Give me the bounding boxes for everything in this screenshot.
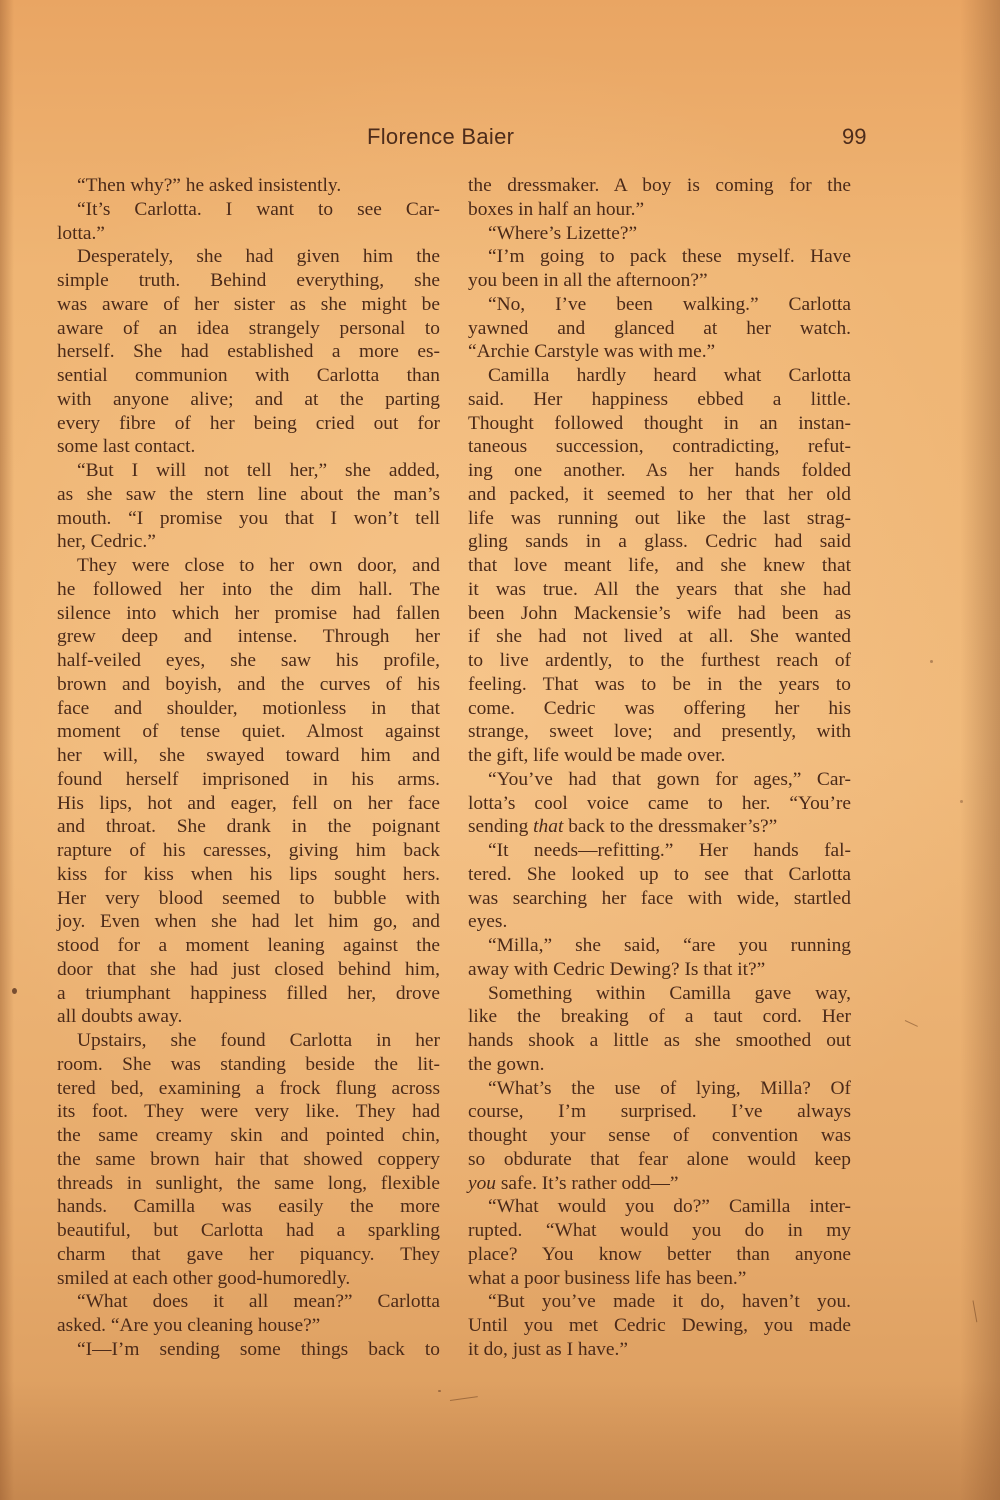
text-line: place? You know better than anyone — [468, 1243, 851, 1267]
text-line: sending that back to the dressmaker’s?” — [468, 815, 851, 839]
text-line: and throat. She drank in the poignant — [57, 815, 440, 839]
text-line: Something within Camilla gave way, — [468, 982, 851, 1006]
text-line: you safe. It’s rather odd—” — [468, 1172, 851, 1196]
text-line: “No, I’ve been walking.” Carlotta — [468, 293, 851, 317]
text-line: “You’ve had that gown for ages,” Car- — [468, 768, 851, 792]
text-line: lotta.” — [57, 222, 440, 246]
text-line: if she had not lived at all. She wanted — [468, 625, 851, 649]
text-line: what a poor business life has been.” — [468, 1267, 851, 1291]
text-line: tered bed, examining a frock flung acros… — [57, 1077, 440, 1101]
page-edge-shadow-right — [960, 0, 1000, 1500]
text-line: rupted. “What would you do in my — [468, 1219, 851, 1243]
text-line: some last contact. — [57, 435, 440, 459]
text-line: joy. Even when she had let him go, and — [57, 910, 440, 934]
text-line: “It needs—refitting.” Her hands fal- — [468, 839, 851, 863]
text-line: “It’s Carlotta. I want to see Car- — [57, 198, 440, 222]
text-line: His lips, hot and eager, fell on her fac… — [57, 792, 440, 816]
text-line: door that she had just closed behind him… — [57, 958, 440, 982]
text-line: herself. She had established a more es- — [57, 340, 440, 364]
text-line: so obdurate that fear alone would keep — [468, 1148, 851, 1172]
page-edge-shadow-left — [0, 0, 14, 1500]
text-line: moment of tense quiet. Almost against — [57, 720, 440, 744]
text-line: brown and boyish, and the curves of his — [57, 673, 440, 697]
text-line: “I—I’m sending some things back to — [57, 1338, 440, 1362]
text-line: “What does it all mean?” Carlotta — [57, 1290, 440, 1314]
text-line: the gown. — [468, 1053, 851, 1077]
text-line: the same brown hair that showed coppery — [57, 1148, 440, 1172]
text-line: gling sands in a glass. Cedric had said — [468, 530, 851, 554]
text-line: grew deep and intense. Through her — [57, 625, 440, 649]
italic-emphasis: you — [468, 1173, 496, 1194]
text-line: her, Cedric.” — [57, 530, 440, 554]
text-line: said. Her happiness ebbed a little. — [468, 388, 851, 412]
page-number: 99 — [842, 124, 866, 150]
text-line: feeling. That was to be in the years to — [468, 673, 851, 697]
text-line: threads in sunlight, the same long, flex… — [57, 1172, 440, 1196]
text-line: “Where’s Lizette?” — [468, 222, 851, 246]
text-line: it do, just as I have.” — [468, 1338, 851, 1362]
text-line: aware of an idea strangely personal to — [57, 317, 440, 341]
text-line: sential communion with Carlotta than — [57, 364, 440, 388]
text-column-right: the dressmaker. A boy is coming for theb… — [468, 174, 851, 1362]
text-line: come. Cedric was offering her his — [468, 697, 851, 721]
text-line: rapture of his caresses, giving him back — [57, 839, 440, 863]
italic-emphasis: that — [533, 816, 563, 837]
text-line: lotta’s cool voice came to her. “You’re — [468, 792, 851, 816]
text-line: was searching her face with wide, startl… — [468, 887, 851, 911]
running-head: Florence Baier 99 — [0, 124, 1000, 154]
text-line: room. She was standing beside the lit- — [57, 1053, 440, 1077]
text-line: They were close to her own door, and — [57, 554, 440, 578]
text-line: thought your sense of convention was — [468, 1124, 851, 1148]
text-line: a triumphant happiness filled her, drove — [57, 982, 440, 1006]
paper-speck — [438, 1390, 441, 1392]
text-line: stood for a moment leaning against the — [57, 934, 440, 958]
page-edge-shadow-bottom — [0, 1380, 1000, 1500]
text-line: all doubts away. — [57, 1005, 440, 1029]
text-line: “But you’ve made it do, haven’t you. — [468, 1290, 851, 1314]
text-line: like the breaking of a taut cord. Her — [468, 1005, 851, 1029]
text-line: and packed, it seemed to her that her ol… — [468, 483, 851, 507]
text-line: Until you met Cedric Dewing, you made — [468, 1314, 851, 1338]
text-line: yawned and glanced at her watch. — [468, 317, 851, 341]
text-line: the same creamy skin and pointed chin, — [57, 1124, 440, 1148]
text-line: Thought followed thought in an instan- — [468, 412, 851, 436]
text-line: taneous succession, contradicting, refut… — [468, 435, 851, 459]
text-line: it was true. All the years that she had — [468, 578, 851, 602]
text-line: life was running out like the last strag… — [468, 507, 851, 531]
text-line: “Milla,” she said, “are you running — [468, 934, 851, 958]
text-line: “What would you do?” Camilla inter- — [468, 1195, 851, 1219]
text-line: its foot. They were very like. They had — [57, 1100, 440, 1124]
text-line: the gift, life would be made over. — [468, 744, 851, 768]
text-line: beautiful, but Carlotta had a sparkling — [57, 1219, 440, 1243]
text-line: course, I’m surprised. I’ve always — [468, 1100, 851, 1124]
text-column-left: “Then why?” he asked insistently.“It’s C… — [57, 174, 440, 1362]
text-line: found herself imprisoned in his arms. — [57, 768, 440, 792]
text-line: eyes. — [468, 910, 851, 934]
text-line: to live ardently, to the furthest reach … — [468, 649, 851, 673]
text-line: every fibre of her being cried out for — [57, 412, 440, 436]
text-line: “What’s the use of lying, Milla? Of — [468, 1077, 851, 1101]
text-line: Desperately, she had given him the — [57, 245, 440, 269]
text-line: asked. “Are you cleaning house?” — [57, 1314, 440, 1338]
text-line: face and shoulder, motionless in that — [57, 697, 440, 721]
text-line: as she saw the stern line about the man’… — [57, 483, 440, 507]
text-line: was aware of her sister as she might be — [57, 293, 440, 317]
paper-speck — [960, 800, 963, 803]
text-line: boxes in half an hour.” — [468, 198, 851, 222]
text-line: with anyone alive; and at the parting — [57, 388, 440, 412]
text-line: hands shook a little as she smoothed out — [468, 1029, 851, 1053]
text-line: Upstairs, she found Carlotta in her — [57, 1029, 440, 1053]
text-line: “I’m going to pack these myself. Have — [468, 245, 851, 269]
paper-scratch — [905, 1020, 918, 1027]
text-line: simple truth. Behind everything, she — [57, 269, 440, 293]
running-title: Florence Baier — [367, 124, 514, 150]
text-line: tered. She looked up to see that Carlott… — [468, 863, 851, 887]
text-line: charm that gave her piquancy. They — [57, 1243, 440, 1267]
text-line: her will, she swayed toward him and — [57, 744, 440, 768]
text-line: you been in all the afternoon?” — [468, 269, 851, 293]
text-line: he followed her into the dim hall. The — [57, 578, 440, 602]
text-line: silence into which her promise had falle… — [57, 602, 440, 626]
text-line: “But I will not tell her,” she added, — [57, 459, 440, 483]
text-line: kiss for kiss when his lips sought hers. — [57, 863, 440, 887]
text-line: been John Mackensie’s wife had been as — [468, 602, 851, 626]
text-line: Her very blood seemed to bubble with — [57, 887, 440, 911]
text-line: half-veiled eyes, she saw his profile, — [57, 649, 440, 673]
text-line: smiled at each other good-humoredly. — [57, 1267, 440, 1291]
text-line: the dressmaker. A boy is coming for the — [468, 174, 851, 198]
text-line: ing one another. As her hands folded — [468, 459, 851, 483]
text-line: Camilla hardly heard what Carlotta — [468, 364, 851, 388]
text-line: hands. Camilla was easily the more — [57, 1195, 440, 1219]
text-line: mouth. “I promise you that I won’t tell — [57, 507, 440, 531]
text-line: “Then why?” he asked insistently. — [57, 174, 440, 198]
paper-speck — [12, 988, 17, 994]
paper-speck — [930, 660, 933, 663]
text-line: “Archie Carstyle was with me.” — [468, 340, 851, 364]
text-line: strange, sweet love; and presently, with — [468, 720, 851, 744]
text-line: away with Cedric Dewing? Is that it?” — [468, 958, 851, 982]
text-line: that love meant life, and she knew that — [468, 554, 851, 578]
